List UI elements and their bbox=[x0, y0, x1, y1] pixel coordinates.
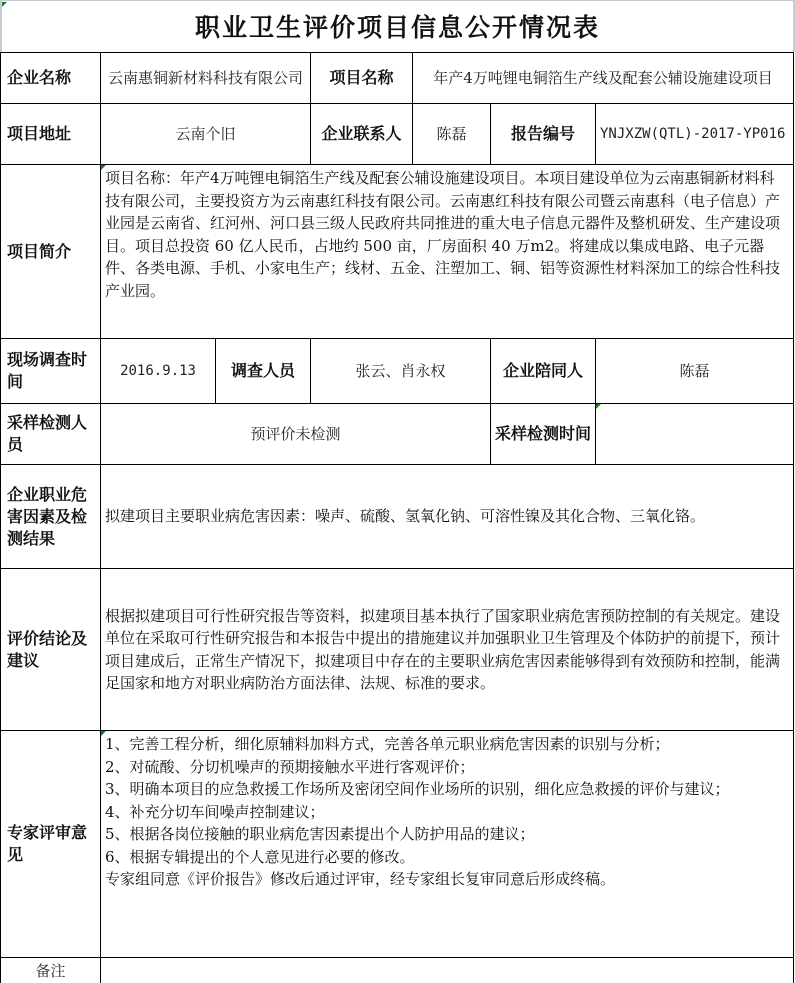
expert-opinion-item: 3、明确本项目的应急救援工作场所及密闭空间作业场所的识别，细化应急救援的评价与建… bbox=[105, 778, 730, 801]
cell-comment-marker-icon bbox=[101, 731, 106, 736]
company-name-value[interactable]: 云南惠铜新材料科技有限公司 bbox=[100, 52, 311, 104]
cell-comment-marker-icon bbox=[596, 404, 601, 409]
cell-comment-marker-icon bbox=[101, 165, 106, 170]
report-number-value[interactable]: YNJXZW(QTL)-2017-YP016 bbox=[595, 103, 794, 165]
expert-opinion-item: 6、根据专辑提出的个人意见进行必要的修改。 bbox=[105, 846, 415, 869]
remarks-label: 备注 bbox=[0, 957, 101, 983]
hazard-factors-label: 企业职业危害因素及检测结果 bbox=[0, 464, 101, 569]
company-escort-value[interactable]: 陈磊 bbox=[595, 338, 794, 404]
project-name-label: 项目名称 bbox=[310, 52, 413, 104]
expert-opinion-item: 4、补充分切车间噪声控制建议； bbox=[105, 801, 325, 824]
expert-opinion-summary: 专家组同意《评价报告》修改后通过评审，经专家组长复审同意后形成终稿。 bbox=[105, 868, 615, 891]
company-escort-label: 企业陪同人 bbox=[490, 338, 596, 404]
sampling-time-value[interactable] bbox=[595, 403, 794, 465]
company-name-label: 企业名称 bbox=[0, 52, 101, 104]
remarks-value[interactable] bbox=[100, 957, 794, 983]
evaluation-conclusion-text[interactable]: 根据拟建项目可行性研究报告等资料，拟建项目基本执行了国家职业病危害预防控制的有关… bbox=[100, 568, 794, 731]
page-title: 职业卫生评价项目信息公开情况表 bbox=[0, 0, 795, 52]
info-disclosure-sheet: 职业卫生评价项目信息公开情况表 企业名称 云南惠铜新材料科技有限公司 项目名称 … bbox=[0, 0, 795, 983]
sampling-staff-label: 采样检测人员 bbox=[0, 403, 101, 465]
evaluation-conclusion-label: 评价结论及建议 bbox=[0, 568, 101, 731]
report-number-label: 报告编号 bbox=[490, 103, 596, 165]
expert-opinion-item: 1、完善工程分析，细化原辅料加料方式，完善各单元职业病危害因素的识别与分析； bbox=[105, 733, 670, 756]
hazard-factors-text[interactable]: 拟建项目主要职业病危害因素：噪声、硫酸、氢氧化钠、可溶性镍及其化合物、三氧化铬。 bbox=[100, 464, 794, 569]
expert-review-opinions[interactable]: 1、完善工程分析，细化原辅料加料方式，完善各单元职业病危害因素的识别与分析； 2… bbox=[100, 730, 794, 958]
project-intro-text[interactable]: 项目名称：年产4万吨锂电铜箔生产线及配套公辅设施建设项目。本项目建设单位为云南惠… bbox=[100, 164, 794, 339]
expert-opinion-item: 5、根据各岗位接触的职业病危害因素提出个人防护用品的建议； bbox=[105, 823, 535, 846]
project-address-value[interactable]: 云南个旧 bbox=[100, 103, 311, 165]
sampling-time-label: 采样检测时间 bbox=[490, 403, 596, 465]
survey-time-value[interactable]: 2016.9.13 bbox=[100, 338, 216, 404]
surveyor-label: 调查人员 bbox=[215, 338, 311, 404]
surveyor-value[interactable]: 张云、肖永权 bbox=[310, 338, 491, 404]
project-intro-label: 项目简介 bbox=[0, 164, 101, 339]
expert-opinion-item: 2、对硫酸、分切机噪声的预期接触水平进行客观评价； bbox=[105, 756, 475, 779]
project-address-label: 项目地址 bbox=[0, 103, 101, 165]
contact-person-label: 企业联系人 bbox=[310, 103, 413, 165]
sampling-staff-value[interactable]: 预评价未检测 bbox=[100, 403, 491, 465]
contact-person-value[interactable]: 陈磊 bbox=[412, 103, 491, 165]
survey-time-label: 现场调查时间 bbox=[0, 338, 101, 404]
expert-review-label: 专家评审意见 bbox=[0, 730, 101, 958]
project-name-value[interactable]: 年产4万吨锂电铜箔生产线及配套公辅设施建设项目 bbox=[412, 52, 794, 104]
